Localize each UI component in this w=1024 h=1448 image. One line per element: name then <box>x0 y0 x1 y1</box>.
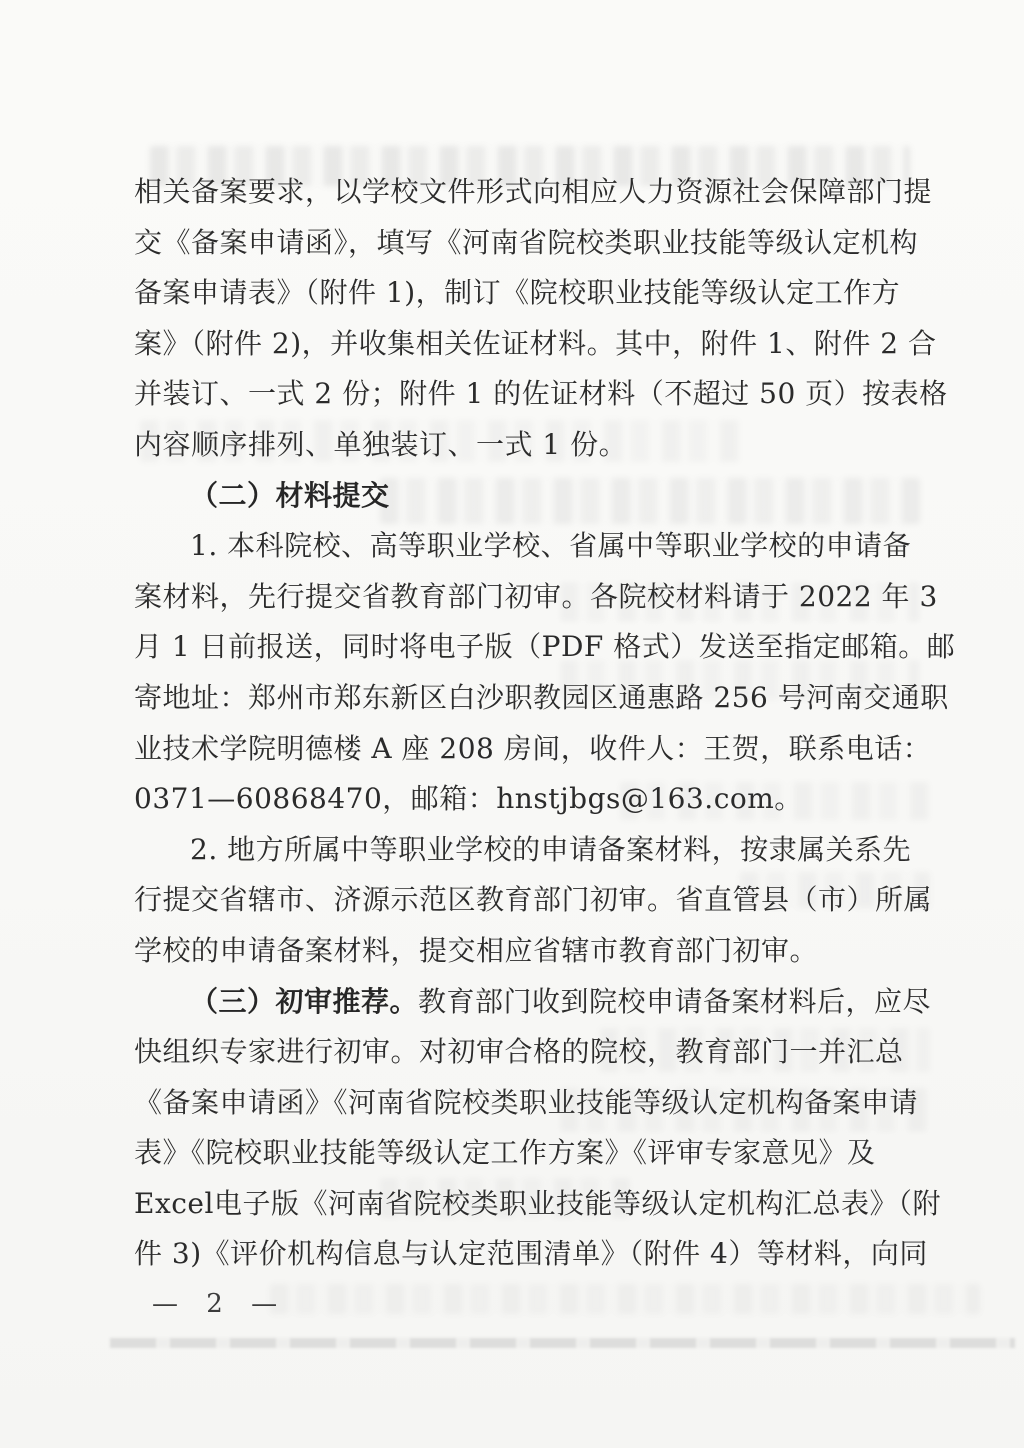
text-line: 快组织专家进行初审。对初审合格的院校，教育部门一并汇总 <box>134 1027 924 1078</box>
text-line: 件 3)《评价机构信息与认定范围清单》（附件 4）等材料，向同 <box>134 1229 924 1280</box>
text-line: 表》《院校职业技能等级认定工作方案》《评审专家意见》及 <box>134 1128 924 1179</box>
text-line: 内容顺序排列、单独装订、一式 1 份。 <box>134 420 924 471</box>
document-text-block: 相关备案要求，以学校文件形式向相应人力资源社会保障部门提交《备案申请函》，填写《… <box>134 167 924 1280</box>
section-heading: （二）材料提交 <box>190 479 390 512</box>
text-line: 月 1 日前报送，同时将电子版（PDF 格式）发送至指定邮箱。邮 <box>134 622 924 673</box>
text-line: 相关备案要求，以学校文件形式向相应人力资源社会保障部门提 <box>134 167 924 218</box>
text-line: 1. 本科院校、高等职业学校、省属中等职业学校的申请备 <box>134 521 924 572</box>
text-line: （二）材料提交 <box>134 471 924 522</box>
text-line: 行提交省辖市、济源示范区教育部门初审。省直管县（市）所属 <box>134 875 924 926</box>
text-line: 并装订、一式 2 份；附件 1 的佐证材料（不超过 50 页）按表格 <box>134 369 924 420</box>
text-line: 《备案申请函》《河南省院校类职业技能等级认定机构备案申请 <box>134 1078 924 1129</box>
text-line: Excel电子版《河南省院校类职业技能等级认定机构汇总表》（附 <box>134 1179 924 1230</box>
page-number: — 2 — <box>152 1287 279 1321</box>
text-line: 学校的申请备案材料，提交相应省辖市教育部门初审。 <box>134 926 924 977</box>
text-line: 业技术学院明德楼 A 座 208 房间，收件人：王贺，联系电话： <box>134 724 924 775</box>
text-line: 备案申请表》（附件 1)，制订《院校职业技能等级认定工作方 <box>134 268 924 319</box>
text-line: 案材料，先行提交省教育部门初审。各院校材料请于 2022 年 3 <box>134 572 924 623</box>
text-line: 寄地址：郑州市郑东新区白沙职教园区通惠路 256 号河南交通职 <box>134 673 924 724</box>
text-line: 交《备案申请函》，填写《河南省院校类职业技能等级认定机构 <box>134 218 924 269</box>
text-line: 2. 地方所属中等职业学校的申请备案材料，按隶属关系先 <box>134 825 924 876</box>
text-line: 0371—60868470，邮箱：hnstjbgs@163.com。 <box>134 774 924 825</box>
bleed-through-smudge <box>270 1284 980 1314</box>
text-line: （三）初审推荐。教育部门收到院校申请备案材料后，应尽 <box>134 977 924 1028</box>
bleed-through-rule <box>110 1338 1015 1348</box>
text-line: 案》（附件 2)，并收集相关佐证材料。其中，附件 1、附件 2 合 <box>134 319 924 370</box>
section-heading: （三）初审推荐。 <box>190 985 418 1018</box>
